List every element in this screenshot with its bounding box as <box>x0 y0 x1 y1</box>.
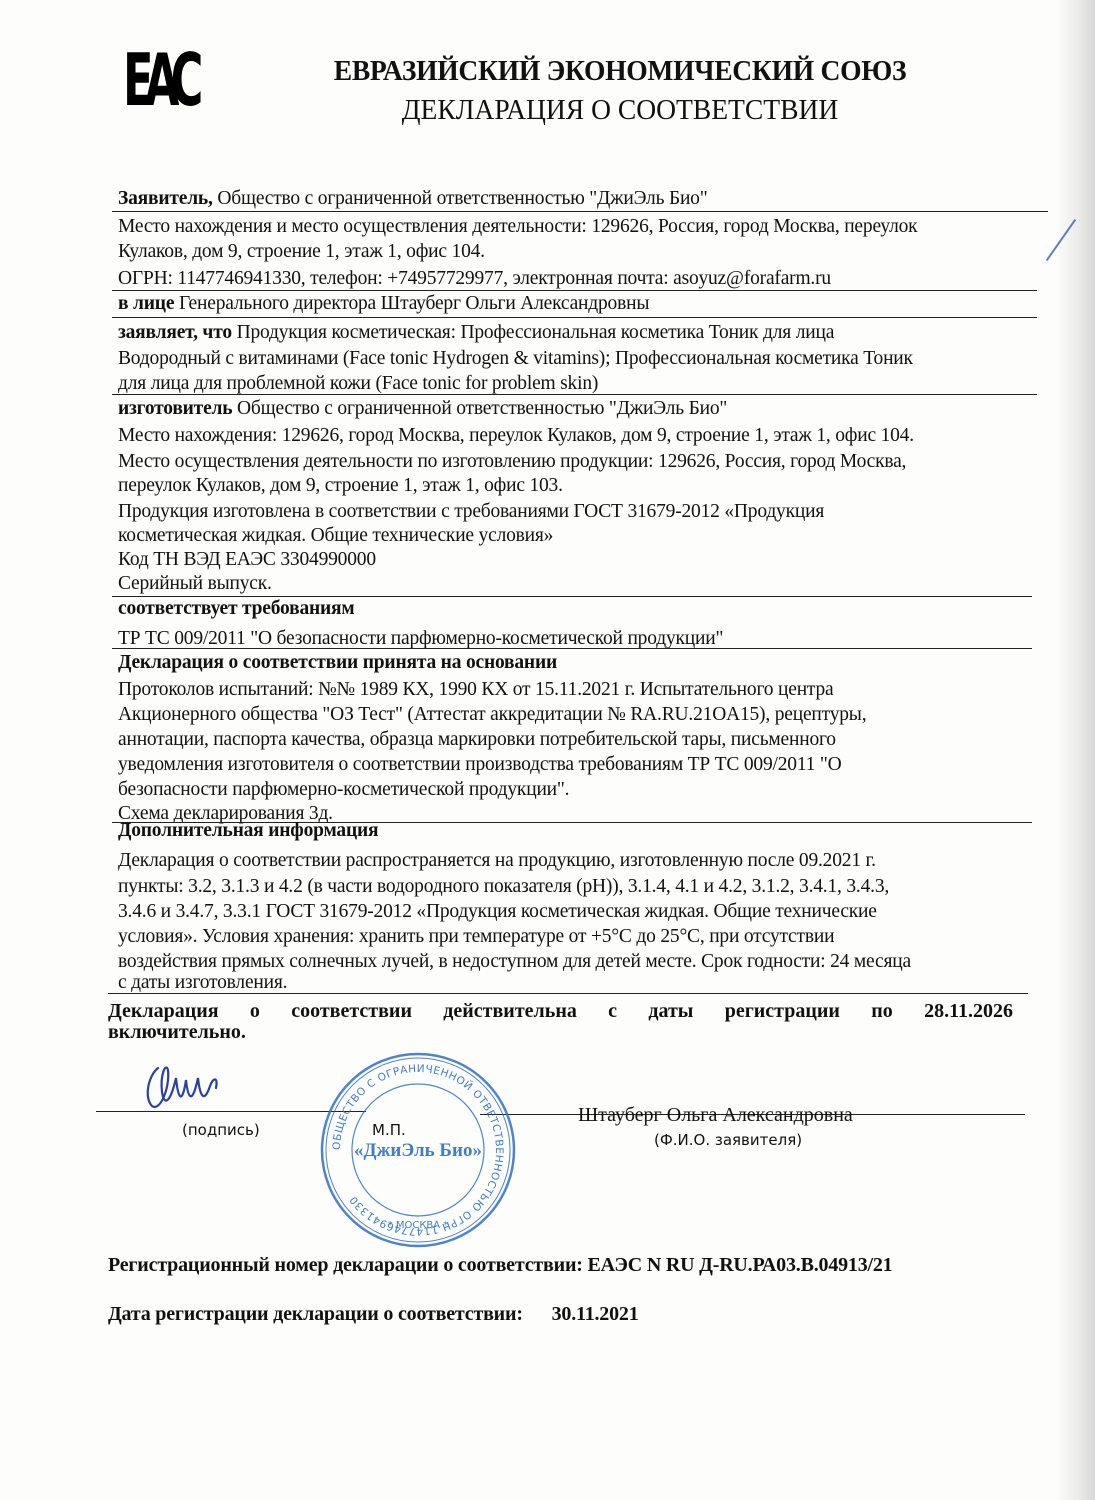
document-title: ДЕКЛАРАЦИЯ О СООТВЕТСТВИИ <box>326 94 915 127</box>
registration-number: ЕАЭС N RU Д-RU.РА03.В.04913/21 <box>588 1254 893 1276</box>
representative-label: в лице <box>118 293 174 314</box>
declares-label: заявляет, что <box>118 322 232 343</box>
validity-line-1: Декларация о соответствии действительна … <box>108 999 1013 1023</box>
applicant-address-1: Место нахождения и место осуществления д… <box>118 214 917 240</box>
registration-date-label: Дата регистрации декларации о соответств… <box>108 1303 523 1325</box>
basis-line: безопасности парфюмерно-косметической пр… <box>118 777 569 803</box>
additional-line: Декларация о соответствии распространяет… <box>118 848 876 874</box>
declares-text-1: Продукция косметическая: Профессиональна… <box>232 322 834 343</box>
representative-text: Генерального директора Штауберг Ольги Ал… <box>174 293 649 314</box>
rule <box>112 317 1037 318</box>
basis-line: уведомления изготовителя о соответствии … <box>118 752 842 778</box>
manufacturer-line: изготовитель Общество с ограниченной отв… <box>118 396 727 422</box>
company-seal: ОБЩЕСТВО С ОГРАНИЧЕННОЙ ОТВЕТСТВЕННОСТЬЮ… <box>318 1050 518 1250</box>
applicant-line: Заявитель, Общество с ограниченной ответ… <box>118 186 708 212</box>
basis-line: Акционерного общества "ОЗ Тест" (Аттеста… <box>118 702 866 728</box>
union-title: ЕВРАЗИЙСКИЙ ЭКОНОМИЧЕСКИЙ СОЮЗ <box>326 55 915 88</box>
applicant-label: Заявитель, <box>118 188 213 209</box>
eac-logo-text: EAC <box>123 45 195 115</box>
rule <box>108 993 1028 994</box>
seal-city: * МОСКВА * <box>388 1220 449 1231</box>
registration-date-row: Дата регистрации декларации о соответств… <box>108 1303 639 1326</box>
registration-number-row: Регистрационный номер декларации о соотв… <box>108 1254 892 1277</box>
handwritten-signature <box>140 1058 240 1118</box>
rule <box>112 211 1048 212</box>
manufacturer-name: Общество с ограниченной ответственностью… <box>232 398 727 419</box>
manufacturer-detail: переулок Кулаков, дом 9, строение 1, эта… <box>118 473 563 499</box>
manufacturer-detail: Код ТН ВЭД ЕАЭС 3304990000 <box>118 547 376 573</box>
basis-label: Декларация о соответствии принята на осн… <box>118 650 557 676</box>
declares-line-2: Водородный с витаминами (Face tonic Hydr… <box>118 346 913 372</box>
seal-center-text: «ДжиЭль Био» <box>354 1140 482 1161</box>
validity-line-2: включительно. <box>108 1021 246 1044</box>
additional-line: 3.4.6 и 3.4.7, 3.3.1 ГОСТ 31679-2012 «Пр… <box>118 899 877 925</box>
applicant-contacts: ОГРН: 1147746941330, телефон: +749577299… <box>118 266 831 292</box>
conforms-label: соответствует требованиям <box>118 596 355 622</box>
basis-line: аннотации, паспорта качества, образца ма… <box>118 727 836 753</box>
manufacturer-detail: Место нахождения: 129626, город Москва, … <box>118 423 914 449</box>
additional-line: условия». Условия хранения: хранить при … <box>118 924 834 950</box>
manufacturer-detail: Место осуществления деятельности по изго… <box>118 449 906 475</box>
registration-number-label: Регистрационный номер декларации о соотв… <box>108 1254 583 1276</box>
manufacturer-detail: Серийный выпуск. <box>118 571 272 597</box>
signature-label: (подпись) <box>182 1121 260 1139</box>
declares-line-1: заявляет, что Продукция косметическая: П… <box>118 320 834 346</box>
applicant-representative: в лице Генерального директора Штауберг О… <box>118 291 649 317</box>
rule <box>112 394 1037 395</box>
rule <box>112 648 1032 649</box>
registration-date: 30.11.2021 <box>552 1303 639 1325</box>
additional-label: Дополнительная информация <box>118 818 378 844</box>
basis-line: Протоколов испытаний: №№ 1989 КХ, 1990 К… <box>118 677 834 703</box>
signer-name: Штауберг Ольга Александровна <box>578 1104 853 1127</box>
signer-label: (Ф.И.О. заявителя) <box>654 1131 802 1149</box>
manufacturer-detail: Продукция изготовлена в соответствии с т… <box>118 499 824 525</box>
manufacturer-detail: косметическая жидкая. Общие технические … <box>118 523 553 549</box>
paper-edge-shadow <box>1055 0 1095 1500</box>
manufacturer-label: изготовитель <box>118 398 232 419</box>
applicant-address-2: Кулаков, дом 9, строение 1, этаж 1, офис… <box>118 239 485 265</box>
applicant-name: Общество с ограниченной ответственностью… <box>213 188 708 209</box>
additional-line: пункты: 3.2, 3.1.3 и 4.2 (в части водоро… <box>118 874 889 900</box>
eac-logo: EAC <box>123 45 239 115</box>
